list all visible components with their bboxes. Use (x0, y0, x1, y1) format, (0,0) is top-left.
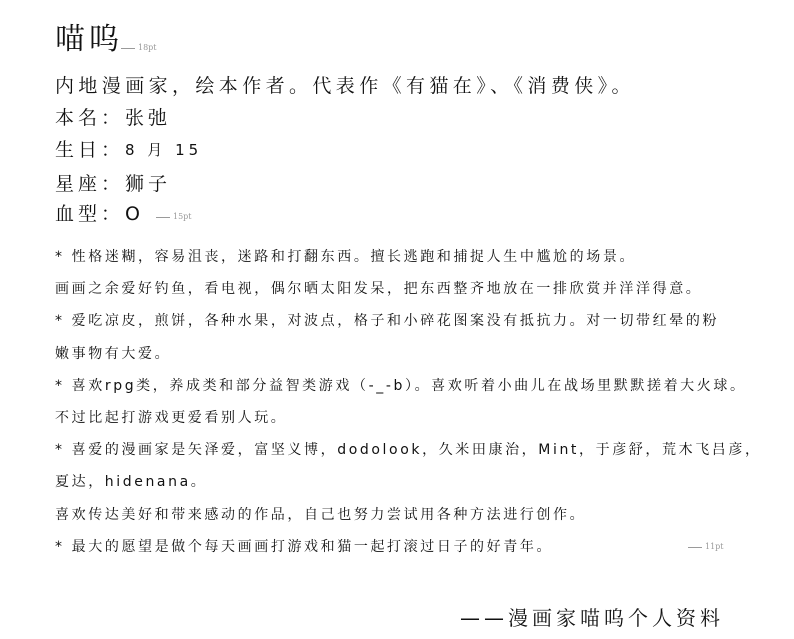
field-value: 狮子 (125, 170, 171, 198)
biography-body: * 性格迷糊，容易沮丧，迷路和打翻东西。擅长逃跑和捕捉人生中尴尬的场景。 画画之… (55, 241, 762, 563)
size-note-title: 18pt (121, 43, 157, 53)
field-label: 血型： (55, 200, 125, 228)
body-line: 嫩事物有大爱。 (55, 338, 762, 370)
profile-field-zodiac: 星座： 狮子 (55, 170, 171, 198)
field-value: 8 月 15 (125, 136, 202, 164)
size-note-rule (688, 547, 702, 548)
size-note-label: 18pt (138, 43, 157, 53)
body-line: * 爱吃凉皮，煎饼，各种水果，对波点，格子和小碎花图案没有抵抗力。对一切带红晕的… (55, 305, 762, 337)
field-label: 星座： (55, 170, 125, 198)
signature: ——漫画家喵呜个人资料 (460, 603, 724, 633)
intro-text: 内地漫画家，绘本作者。代表作《有猫在》、《消费侠》。 (55, 72, 635, 100)
size-note-body: 11pt (688, 542, 724, 552)
body-line: * 最大的愿望是做个每天画画打游戏和猫一起打滚过日子的好青年。 (55, 531, 762, 563)
body-line: 不过比起打游戏更爱看别人玩。 (55, 402, 762, 434)
size-note-label: 15pt (173, 212, 192, 222)
body-line: * 喜欢rpg类，养成类和部分益智类游戏（-_-b）。喜欢听着小曲儿在战场里默默… (55, 370, 762, 402)
body-line: * 喜爱的漫画家是矢泽爱，富坚义博，dodolook，久米田康治，Mint，于彦… (55, 434, 762, 466)
size-note-profile: 15pt (156, 212, 192, 222)
body-line: 画画之余爱好钓鱼，看电视，偶尔晒太阳发呆，把东西整齐地放在一排欣赏并洋洋得意。 (55, 273, 762, 305)
body-line: 夏达，hidenana。 (55, 466, 762, 498)
field-value: O (125, 200, 144, 228)
profile-field-blood-type: 血型： O (55, 200, 144, 228)
body-line: * 性格迷糊，容易沮丧，迷路和打翻东西。擅长逃跑和捕捉人生中尴尬的场景。 (55, 241, 762, 273)
size-note-rule (121, 48, 135, 49)
body-line: 喜欢传达美好和带来感动的作品，自己也努力尝试用各种方法进行创作。 (55, 499, 762, 531)
profile-field-birthday: 生日： 8 月 15 (55, 136, 202, 164)
field-label: 生日： (55, 136, 125, 164)
field-label: 本名： (55, 104, 125, 132)
size-note-rule (156, 217, 170, 218)
field-value: 张弛 (125, 104, 171, 132)
page-title: 喵呜 (55, 20, 123, 60)
profile-field-name: 本名： 张弛 (55, 104, 171, 132)
size-note-label: 11pt (705, 542, 724, 552)
